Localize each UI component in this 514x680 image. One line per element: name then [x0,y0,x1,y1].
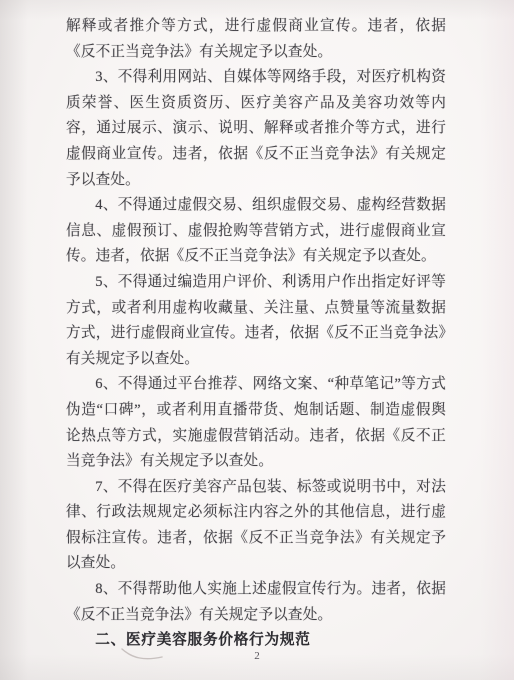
document-body: 解释或者推介等方式，进行虚假商业宣传。违者，依据《反不正当竞争法》有关规定予以查… [0,0,514,654]
paragraph-item-8: 8、不得帮助他人实施上述虚假宣传行为。违者，依据《反不正当竞争法》有关规定予以查… [66,577,446,628]
paragraph-continuation: 解释或者推介等方式，进行虚假商业宣传。违者，依据《反不正当竞争法》有关规定予以查… [66,14,446,65]
page-number: 2 [0,650,514,662]
paragraph-item-5: 5、不得通过编造用户评价、利诱用户作出指定好评等方式，或者利用虚构收藏量、关注量… [66,270,446,372]
paragraph-item-3: 3、不得利用网站、自媒体等网络手段，对医疗机构资质荣誉、医生资质资历、医疗美容产… [66,65,446,193]
paragraph-item-6: 6、不得通过平台推荐、网络文案、“种草笔记”等方式伪造“口碑”，或者利用直播带货… [66,372,446,474]
paragraph-item-7: 7、不得在医疗美容产品包装、标签或说明书中，对法律、行政法规规定必须标注内容之外… [66,475,446,577]
document-page: 解释或者推介等方式，进行虚假商业宣传。违者，依据《反不正当竞争法》有关规定予以查… [0,0,514,680]
paragraph-item-4: 4、不得通过虚假交易、组织虚假交易、虚构经营数据信息、虚假预订、虚假抢购等营销方… [66,193,446,270]
